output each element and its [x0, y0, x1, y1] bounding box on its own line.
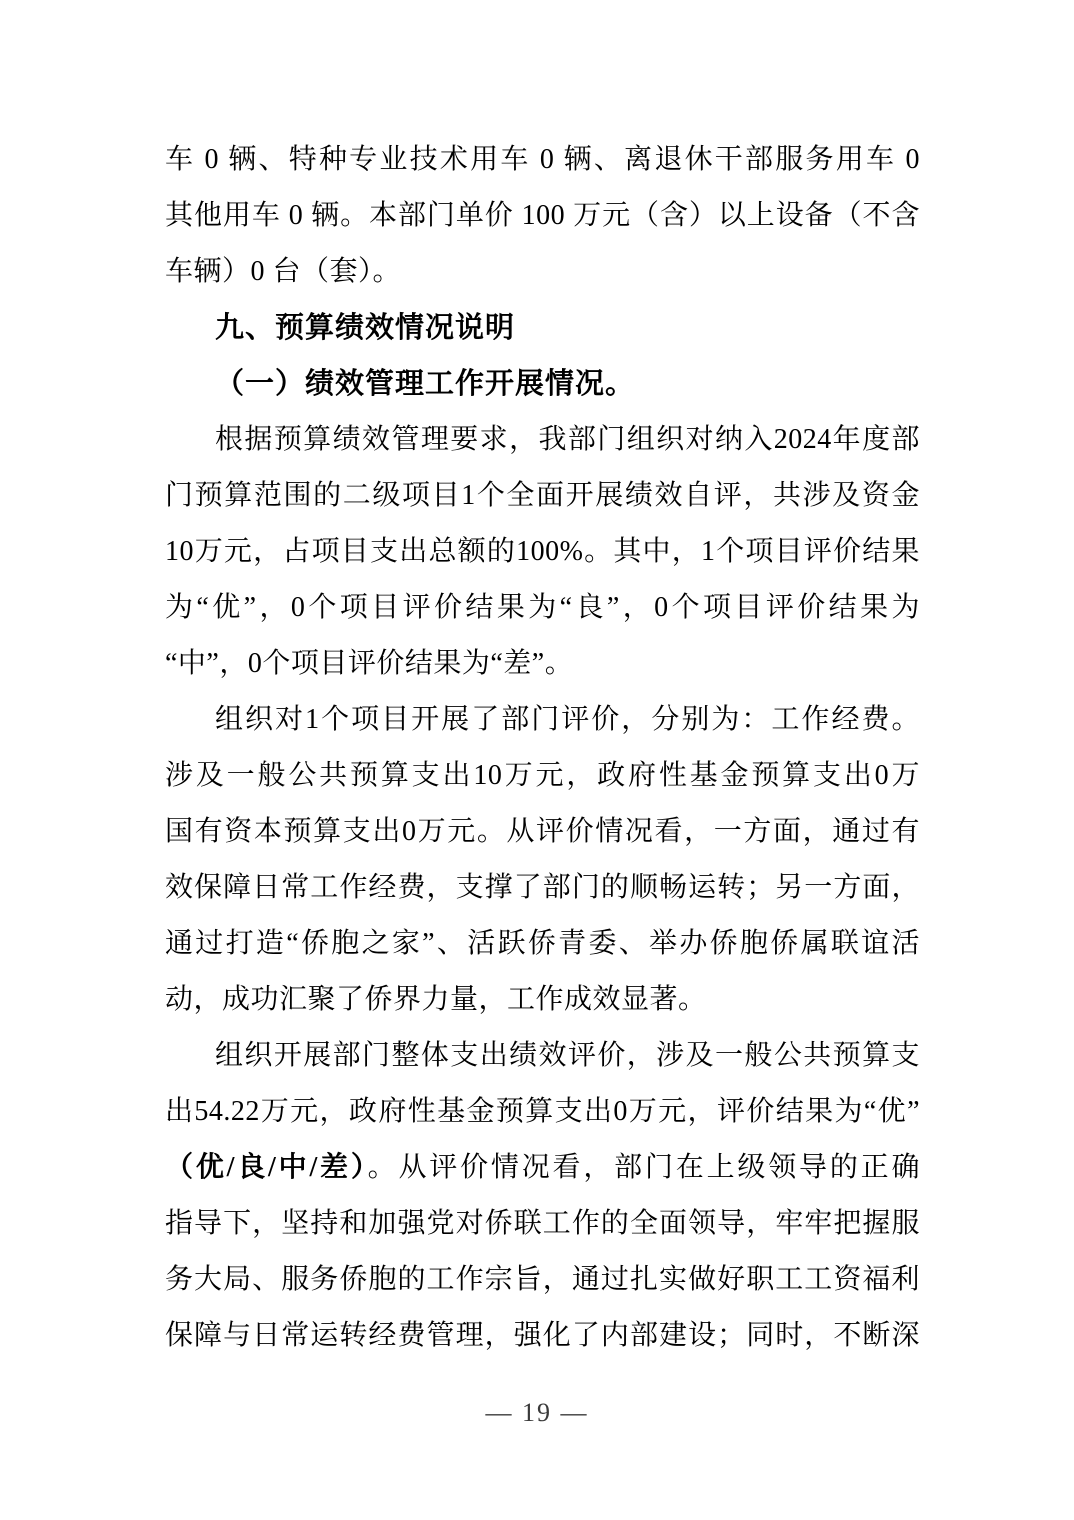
page-number: — 19 —: [0, 1398, 1074, 1428]
text-line: 组织对1个项目开展了部门评价，分别为：工作经费。: [165, 692, 920, 748]
bold-text-segment: （优/良/中/差）: [165, 1152, 368, 1183]
text-line: 为“优”，0个项目评价结果为“良”，0个项目评价结果为: [165, 580, 920, 636]
paragraph: 组织开展部门整体支出绩效评价，涉及一般公共预算支出54.22万元，政府性基金预算…: [165, 1028, 920, 1364]
text-line: 保障与日常运转经费管理，强化了内部建设；同时，不断深: [165, 1308, 920, 1364]
text-line: 指导下，坚持和加强党对侨联工作的全面领导，牢牢把握服: [165, 1196, 920, 1252]
text-line: 车 0 辆、特种专业技术用车 0 辆、离退休干部服务用车 0 辆、: [165, 132, 920, 188]
text-line: 其他用车 0 辆。本部门单价 100 万元（含）以上设备（不含: [165, 188, 920, 244]
paragraph: 组织对1个项目开展了部门评价，分别为：工作经费。涉及一般公共预算支出10万元，政…: [165, 692, 920, 1028]
paragraph: 根据预算绩效管理要求，我部门组织对纳入2024年度部门预算范围的二级项目1个全面…: [165, 412, 920, 692]
document-body: 车 0 辆、特种专业技术用车 0 辆、离退休干部服务用车 0 辆、其他用车 0 …: [165, 132, 920, 1364]
text-line: 国有资本预算支出0万元。从评价情况看，一方面，通过有: [165, 804, 920, 860]
heading1: 九、预算绩效情况说明: [165, 300, 920, 356]
text-line: 门预算范围的二级项目1个全面开展绩效自评，共涉及资金: [165, 468, 920, 524]
text-line: 九、预算绩效情况说明: [165, 300, 920, 356]
text-line: 通过打造“侨胞之家”、活跃侨青委、举办侨胞侨属联谊活: [165, 916, 920, 972]
text-line: （一）绩效管理工作开展情况。: [165, 356, 920, 412]
text-line: （优/良/中/差）。从评价情况看，部门在上级领导的正确: [165, 1140, 920, 1196]
text-line: “中”，0个项目评价结果为“差”。: [165, 636, 920, 692]
text-line: 车辆）0 台（套）。: [165, 244, 920, 300]
text-line: 根据预算绩效管理要求，我部门组织对纳入2024年度部: [165, 412, 920, 468]
text-line: 效保障日常工作经费，支撑了部门的顺畅运转；另一方面，: [165, 860, 920, 916]
text-line: 组织开展部门整体支出绩效评价，涉及一般公共预算支: [165, 1028, 920, 1084]
document-page: 车 0 辆、特种专业技术用车 0 辆、离退休干部服务用车 0 辆、其他用车 0 …: [0, 0, 1074, 1520]
text-line: 涉及一般公共预算支出10万元，政府性基金预算支出0万元，: [165, 748, 920, 804]
text-line: 10万元，占项目支出总额的100%。其中，1个项目评价结果: [165, 524, 920, 580]
text-line: 动，成功汇聚了侨界力量，工作成效显著。: [165, 972, 920, 1028]
text-line: 务大局、服务侨胞的工作宗旨，通过扎实做好职工工资福利: [165, 1252, 920, 1308]
heading2: （一）绩效管理工作开展情况。: [165, 356, 920, 412]
text-segment: 。从评价情况看，部门在上级领导的正确: [368, 1152, 920, 1183]
text-line: 出54.22万元，政府性基金预算支出0万元，评价结果为“优”: [165, 1084, 920, 1140]
paragraph: 车 0 辆、特种专业技术用车 0 辆、离退休干部服务用车 0 辆、其他用车 0 …: [165, 132, 920, 300]
